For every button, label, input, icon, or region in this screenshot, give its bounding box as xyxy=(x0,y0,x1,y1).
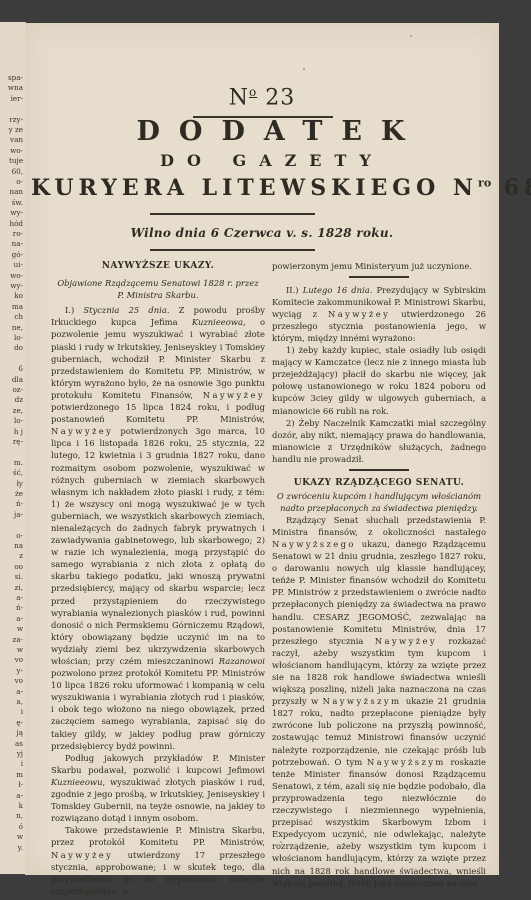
paragraph: II.) Lutego 16 dnia. Prezydujący w Sybir… xyxy=(272,284,486,344)
paragraph: Takowe przedstawienie P. Ministra Skarbu… xyxy=(51,824,265,897)
adjacent-page-strip: spa-wnaier-rzy-y zevanwo-tuje60,o-nanśw.… xyxy=(0,22,26,874)
title: DODATEK xyxy=(25,116,517,147)
adjacent-page-text-fragment: y. xyxy=(18,842,23,853)
adjacent-page-text-fragment: ja- xyxy=(14,509,23,520)
section-rule xyxy=(349,469,409,471)
newspaper-page: No 23 DODATEK DO GAZETY KURYERA LITEWSKI… xyxy=(25,23,499,875)
section-heading: NAYWYŻSZE UKAZY. xyxy=(51,260,265,272)
header-rule xyxy=(150,213,315,215)
section-heading: UKAZY RZĄDZĄCEGO SENATU. xyxy=(272,477,486,489)
section-subheading: O zwróceniu kupcóm i handlującym włościa… xyxy=(272,490,486,502)
paragraph: I.) Stycznia 25 dnia. Z powodu prośby Ir… xyxy=(51,304,265,751)
header-rule xyxy=(150,249,315,251)
paragraph: Rządzący Senat słuchali przedstawienia P… xyxy=(272,514,486,889)
issue-number: No 23 xyxy=(25,85,499,110)
right-column: powierzonym jemu Ministeryum już uczynio… xyxy=(272,260,486,889)
subtitle: DO GAZETY xyxy=(25,151,509,170)
adjacent-page-text-fragment: rę- xyxy=(13,436,23,447)
paragraph-continuation: powierzonym jemu Ministeryum już uczynio… xyxy=(272,260,486,272)
paper-name: KURYERA LITEWSKIEGO Nro 68. xyxy=(25,175,505,201)
dateline: Wilno dnia 6 Czerwca v. s. 1828 roku. xyxy=(25,226,499,240)
section-subheading: nadto przepłaconych za świadectwa pienię… xyxy=(272,502,486,514)
paper-speck xyxy=(303,68,305,70)
paragraph: Podług jakowych przykładów P. Minister S… xyxy=(51,752,265,825)
paragraph: 1) żeby każdy kupiec, stale osiadły lub … xyxy=(272,344,486,417)
section-rule xyxy=(349,276,409,278)
left-column: NAYWYŻSZE UKAZY. Objawione Rządzącemu Se… xyxy=(51,260,265,897)
section-subheading: Objawione Rządzącemu Senatowi 1828 r. pr… xyxy=(51,277,265,289)
paper-speck xyxy=(410,35,412,37)
section-subheading: P. Ministra Skarbu. xyxy=(51,289,265,301)
adjacent-page-text-fragment: do xyxy=(14,342,23,353)
paragraph: 2) Żeby Naczelnik Kamczatki miał szczegó… xyxy=(272,417,486,465)
adjacent-page-text-fragment: ier- xyxy=(11,93,23,104)
